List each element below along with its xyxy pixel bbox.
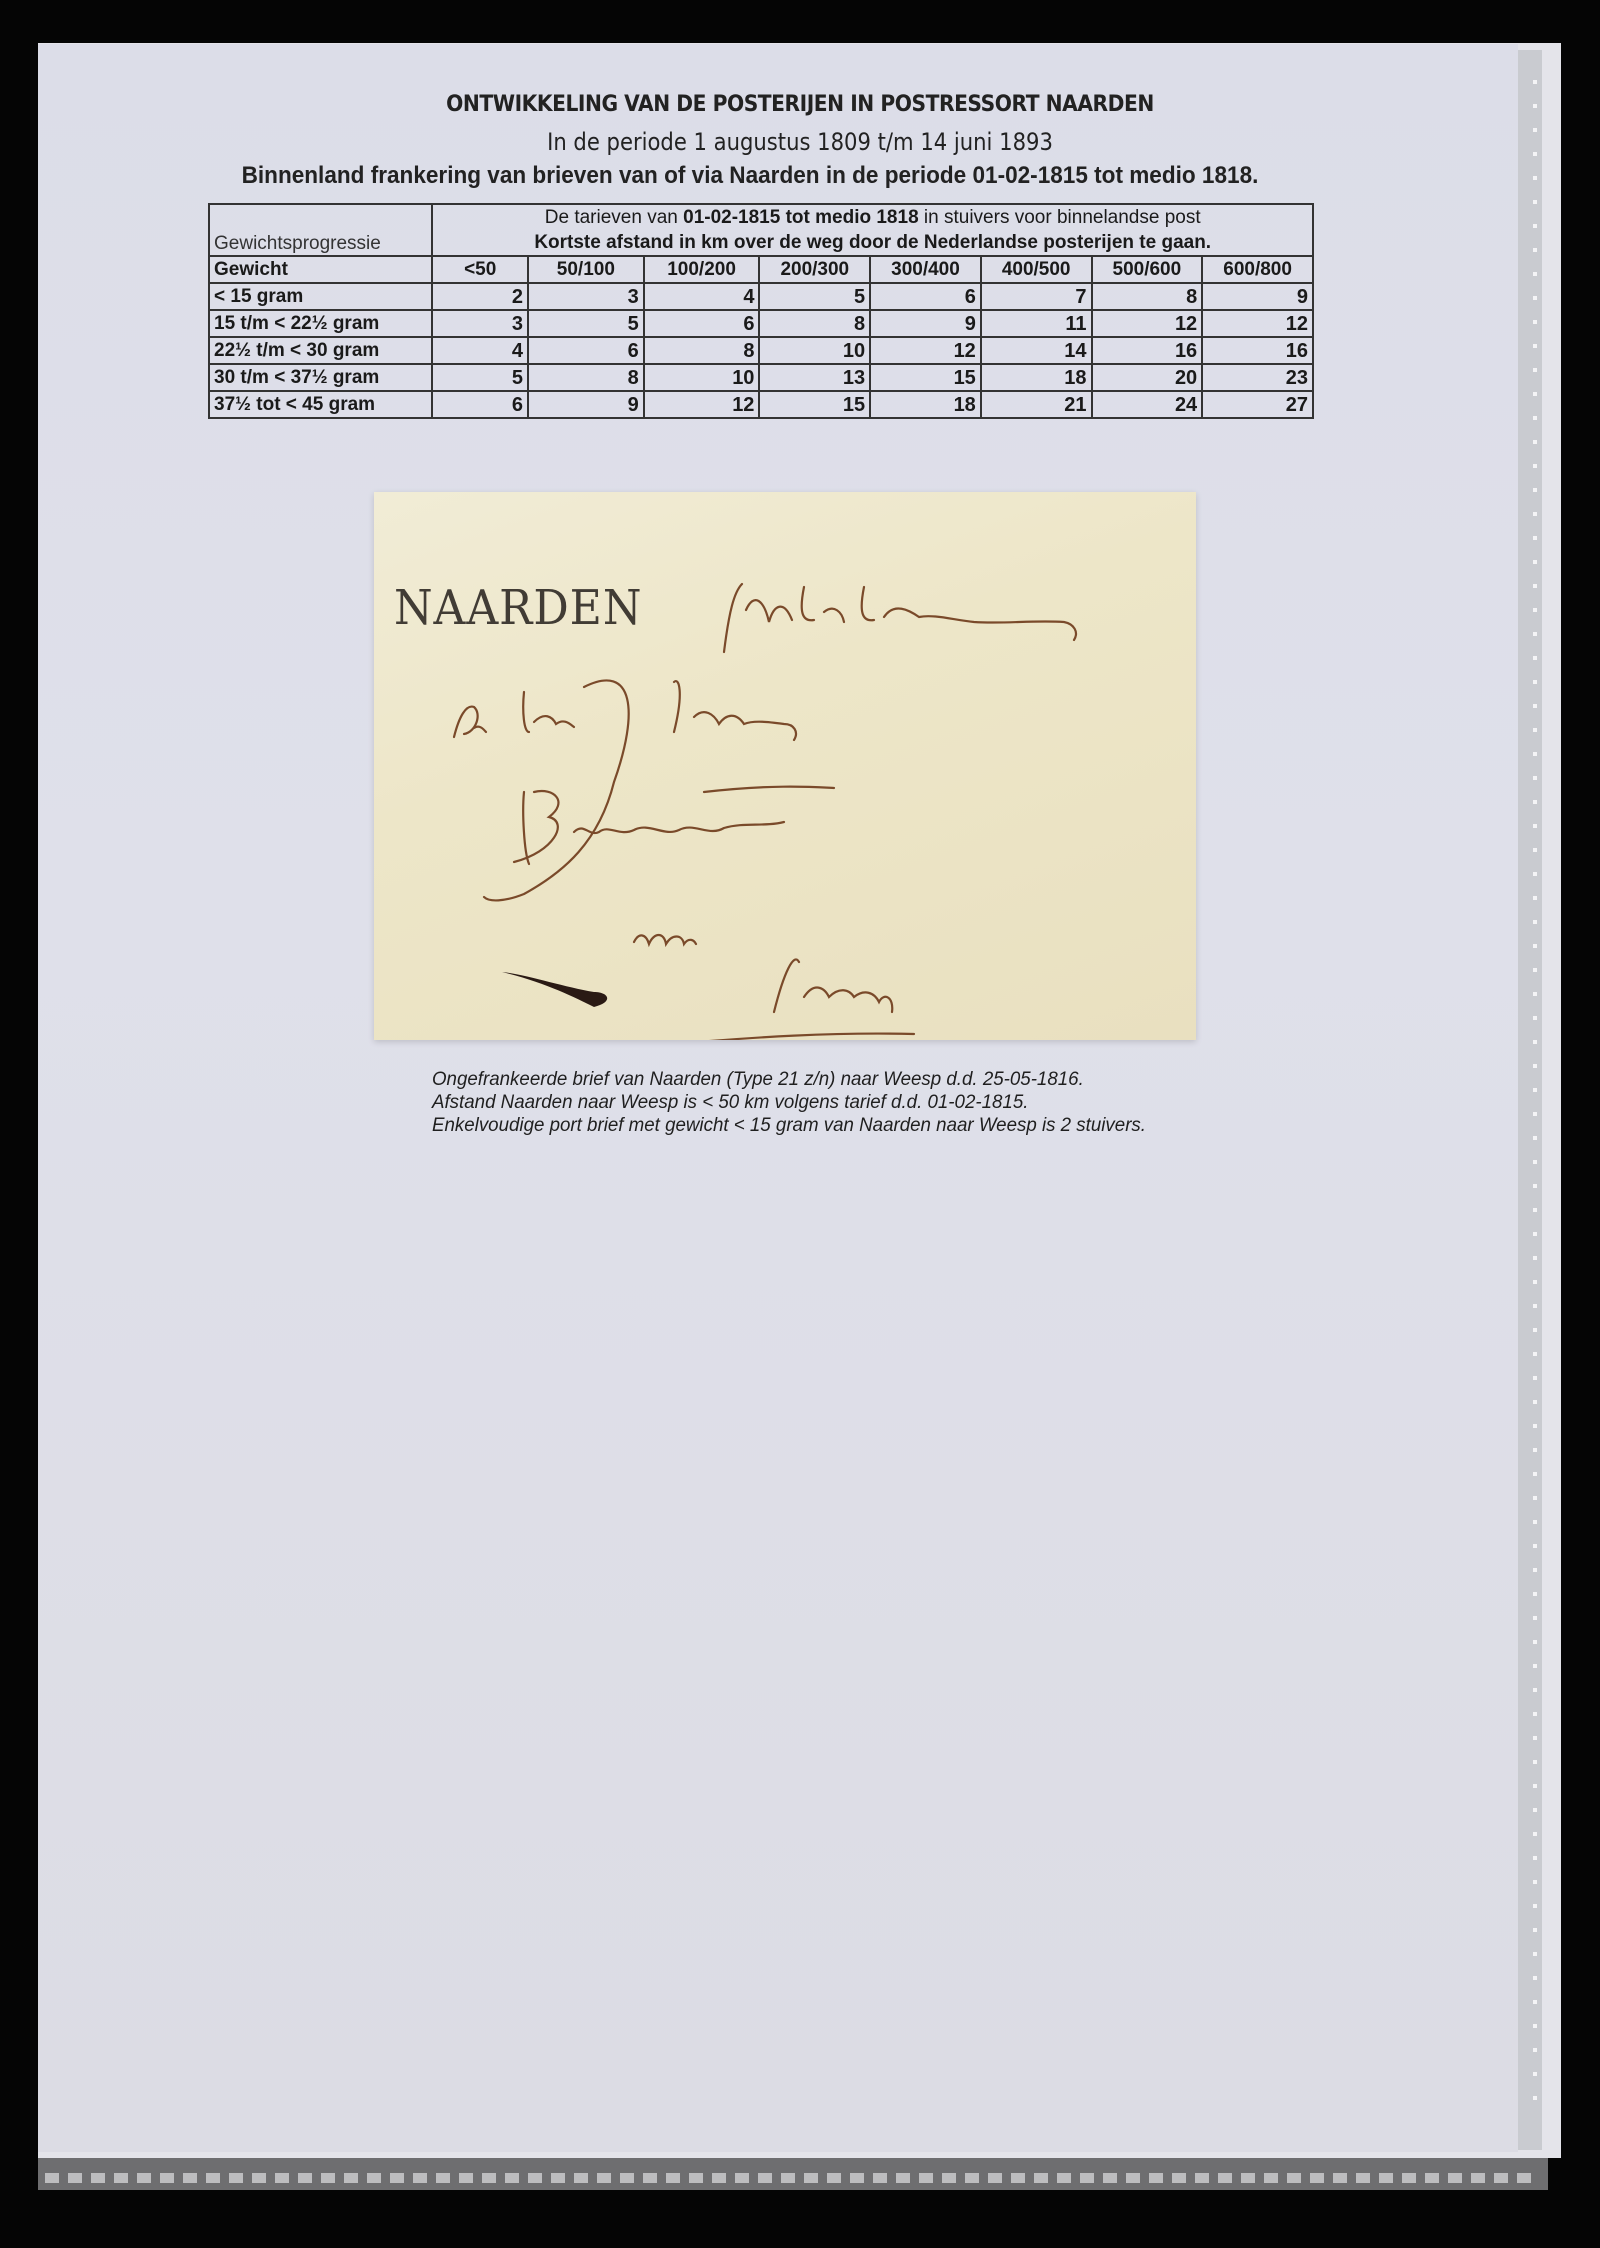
corner-label: Gewichtsprogressie	[209, 204, 432, 256]
rate-cell: 15	[870, 364, 981, 391]
page-title: ONTWIKKELING VAN DE POSTERIJEN IN POSTRE…	[64, 92, 1536, 117]
rate-cell: 18	[981, 364, 1092, 391]
folded-letter: NAARDEN	[374, 492, 1196, 1040]
weight-header: Gewicht	[209, 256, 432, 283]
caption-line: Ongefrankeerde brief van Naarden (Type 2…	[432, 1068, 1146, 1091]
rate-cell: 2	[432, 283, 528, 310]
rate-cell: 14	[981, 337, 1092, 364]
table-row: 37½ tot < 45 gram69121518212427	[209, 391, 1313, 418]
rate-cell: 3	[528, 283, 644, 310]
rate-cell: 15	[759, 391, 870, 418]
weight-class-label: 15 t/m < 22½ gram	[209, 310, 432, 337]
table-row: 15 t/m < 22½ gram35689111212	[209, 310, 1313, 337]
rate-cell: 9	[1202, 283, 1313, 310]
table-row: 30 t/m < 37½ gram58101315182023	[209, 364, 1313, 391]
rate-cell: 6	[870, 283, 981, 310]
binding-holes	[1533, 80, 1537, 2120]
rate-cell: 6	[528, 337, 644, 364]
column-header: <50	[432, 256, 528, 283]
rate-cell: 12	[644, 391, 760, 418]
section-subtitle: Binnenland frankering van brieven van of…	[186, 162, 1314, 190]
caption-line: Enkelvoudige port brief met gewicht < 15…	[432, 1114, 1146, 1137]
rate-cell: 11	[981, 310, 1092, 337]
rate-cell: 18	[870, 391, 981, 418]
rate-cell: 8	[644, 337, 760, 364]
rate-cell: 6	[644, 310, 760, 337]
weight-class-label: < 15 gram	[209, 283, 432, 310]
rate-cell: 5	[759, 283, 870, 310]
rate-cell: 12	[870, 337, 981, 364]
table-intro: De tarieven van 01-02-1815 tot medio 181…	[432, 204, 1313, 230]
sleeve-binding-strip	[1518, 50, 1542, 2150]
rate-cell: 8	[1092, 283, 1203, 310]
rate-cell: 6	[432, 391, 528, 418]
table-row: 22½ t/m < 30 gram4681012141616	[209, 337, 1313, 364]
rate-cell: 10	[759, 337, 870, 364]
rate-cell: 16	[1202, 337, 1313, 364]
rate-cell: 9	[870, 310, 981, 337]
distance-note: Kortste afstand in km over de weg door d…	[432, 230, 1313, 256]
table-row: < 15 gram23456789	[209, 283, 1313, 310]
rate-cell: 3	[432, 310, 528, 337]
naarden-postmark: NAARDEN	[394, 580, 642, 636]
column-header: 300/400	[870, 256, 981, 283]
rate-cell: 8	[759, 310, 870, 337]
rate-cell: 4	[644, 283, 760, 310]
column-header-row: Gewicht <50 50/100 100/200 200/300 300/4…	[209, 256, 1313, 283]
rate-cell: 23	[1202, 364, 1313, 391]
rate-cell: 20	[1092, 364, 1203, 391]
weight-class-label: 22½ t/m < 30 gram	[209, 337, 432, 364]
column-header: 100/200	[644, 256, 760, 283]
column-header: 200/300	[759, 256, 870, 283]
rate-cell: 12	[1202, 310, 1313, 337]
rate-cell: 5	[528, 310, 644, 337]
weight-class-label: 30 t/m < 37½ gram	[209, 364, 432, 391]
column-header: 400/500	[981, 256, 1092, 283]
rate-cell: 5	[432, 364, 528, 391]
rate-cell: 16	[1092, 337, 1203, 364]
rate-cell: 7	[981, 283, 1092, 310]
rate-cell: 9	[528, 391, 644, 418]
rate-cell: 24	[1092, 391, 1203, 418]
bottom-binding-holes	[45, 2173, 1535, 2183]
rate-cell: 12	[1092, 310, 1203, 337]
postage-rate-table: Gewichtsprogressie De tarieven van 01-02…	[208, 203, 1314, 419]
column-header: 600/800	[1202, 256, 1313, 283]
rate-cell: 13	[759, 364, 870, 391]
letter-photo: NAARDEN	[374, 492, 1196, 1040]
rate-cell: 27	[1202, 391, 1313, 418]
page-period: In de periode 1 augustus 1809 t/m 14 jun…	[96, 128, 1504, 156]
weight-class-label: 37½ tot < 45 gram	[209, 391, 432, 418]
column-header: 50/100	[528, 256, 644, 283]
rate-cell: 21	[981, 391, 1092, 418]
caption-line: Afstand Naarden naar Weesp is < 50 km vo…	[432, 1091, 1146, 1114]
letter-caption: Ongefrankeerde brief van Naarden (Type 2…	[432, 1068, 1146, 1137]
column-header: 500/600	[1092, 256, 1203, 283]
handwriting	[374, 492, 1196, 1040]
rate-cell: 10	[644, 364, 760, 391]
rate-cell: 8	[528, 364, 644, 391]
rate-cell: 4	[432, 337, 528, 364]
